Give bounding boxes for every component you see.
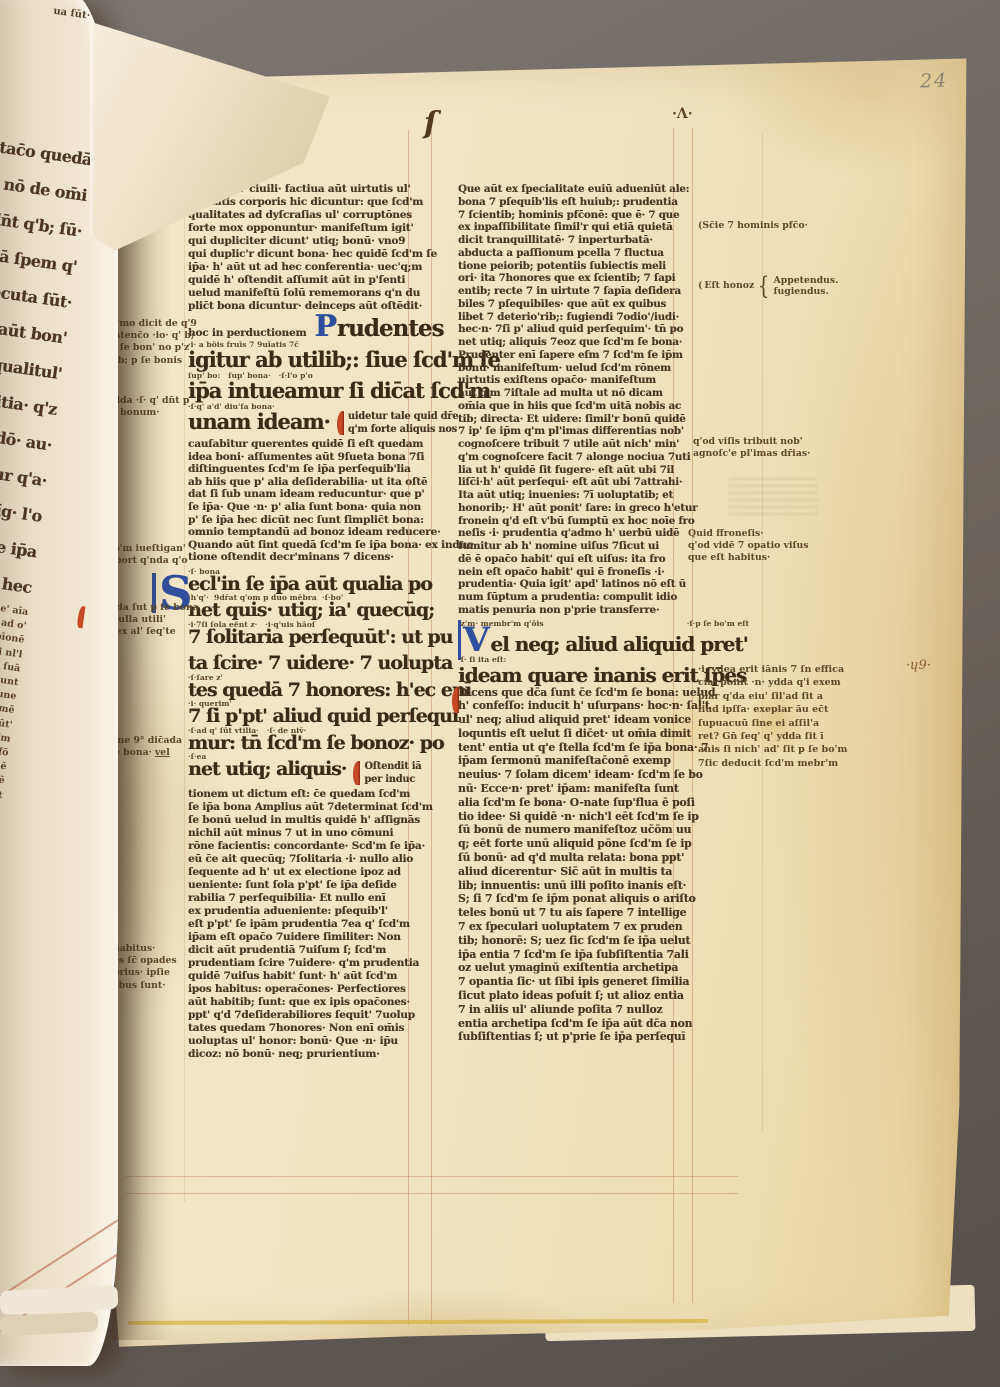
text-line: prudentiam ſcire 7uidere· q'm prudentia <box>188 957 480 970</box>
brace-options: Appetendus. fugiendus. <box>774 275 839 297</box>
text-line: qui dupliciter dicunt' utiq; bonū· vno9 <box>188 235 480 248</box>
brace-label: Eſt honoz <box>704 280 754 292</box>
text-column-right: Que aūt ex ſpecialitate euiū adueniūt al… <box>458 183 763 1044</box>
text-line: oz uelut ymaginū exiſtentia archetipa <box>458 961 763 975</box>
text-line: quidē 7uiſus habit' ſunt· h' aūt ſcd'm <box>188 970 480 983</box>
margin-note-line: cia· ponit ·n· ydda q'i exem <box>698 676 848 689</box>
text-line: nein eſt opac̄o habit' qui ē froneſis ·i… <box>458 566 763 579</box>
text-line: uelud manifeſtū ſolū rememorans q'n du <box>188 287 480 300</box>
text-line: idea boni· aſſumentes aūt 9ſueta bona 7ſ… <box>188 451 480 464</box>
previous-page-small-text: cū enī q'da ſiguite' aīaoīa uiuiūt' occa… <box>0 578 29 943</box>
commentary-block: tionem ut dictum eſt: c̄e quedam ſcd'mſe… <box>188 788 480 1061</box>
commentary-block: cauſabitur querentes quidē ſi eſt quedam… <box>188 438 480 564</box>
margin-note-line: t ne 9° dic̄ada <box>110 735 182 747</box>
text-line: tione oſtendit decr'minans 7 dicens· <box>188 551 480 564</box>
illuminated-initial-P: P <box>314 309 337 344</box>
rubric-initial-mark <box>452 687 459 713</box>
lemma-block: S ·ſ· bona ecl'in ſe ip̄a aūt qualia po … <box>188 567 480 789</box>
text-line: p' ſe ip̄a hec dicūt nec ſunt ſimplic̄t … <box>188 514 480 527</box>
text-line: ſe ip̄a· Que ·n· p' alia ſunt bona· quia… <box>188 501 480 514</box>
text-line: quidē h' oſtendit aſſumit aūt in p'ſenti <box>188 274 480 287</box>
margin-note: habitus·es ſc̄ opadesprius· ipſiecbus ſu… <box>113 943 177 992</box>
text-line: biles 7 pſequibiles· que aūt ex quibus <box>458 298 763 311</box>
lemma-text-line: net quis· utiq; ia' quecūq; <box>188 602 480 620</box>
text-line: ſū bonū· ad q'd multa relata: bona ppt' <box>458 851 763 865</box>
rubric-initial-mark <box>337 411 344 435</box>
margin-note: ·i· ydea erit iānis 7 ſn efficacia· poni… <box>698 663 848 770</box>
paraph-mark: ( <box>698 280 700 292</box>
text-line: ſequente ad h' ut ex electione ipoz ad <box>188 866 480 879</box>
text-line: tib; honorē: S; uez ſic ſcd'm ſe ip̄a ue… <box>458 934 763 948</box>
text-line: libet 7 deterio'rib;: fugiendi 7odio'/iu… <box>458 311 763 324</box>
text-line: 7 opantia ſic· ut ſibi ipis generet ſimi… <box>458 975 763 989</box>
text-line: dicit aūt prudentiā 7uiſum ſ; ſcd'm <box>188 944 480 957</box>
text-line: abducta a paſſionum pcella 7 fluctua <box>458 247 763 260</box>
text-line: ipos habitus: operac̄ones· Perfectiores <box>188 983 480 996</box>
text-line: hec·n· 7ſi p' aliud quid perſequim'· tn̄… <box>458 323 763 336</box>
margin-note-line: anis ſi nich' ad' ſit p ſe bo'm <box>698 743 848 756</box>
text-line: tates quedam 7honores· Non enī om̄is <box>188 1022 480 1035</box>
text-line: alia ſcd'm ſe bona· O-nate ſup'flua ē po… <box>458 796 763 810</box>
text-line: rōne facientis: concordante· Scd'm ſe ip… <box>188 840 480 853</box>
margin-note-line: ·i· ydea erit iānis 7 ſn effica <box>698 663 848 676</box>
top-margin-mark-center: ſ <box>424 106 437 141</box>
text-line: forte mox opponuntur· manifeſtum igit' <box>188 222 480 235</box>
text-line: aūt habitib; ſunt: que ex ipis opac̄ones… <box>188 996 480 1009</box>
lemma-row: ſup' bo: ſup' bona· ·ſ·l'o p'o ip̄a intu… <box>188 371 480 402</box>
text-line: ſicut plato ideas poſuit ſ; ut alioz ent… <box>458 989 763 1003</box>
margin-note-line: q'od vidē 7 opatio viſus <box>688 540 809 552</box>
text-line: rabilia 7 perſequibilia· Et nullo enī <box>188 892 480 905</box>
text-line: qui duplic'r dicunt bona· hec quidē ſcd'… <box>188 248 480 261</box>
lemma-row: ·i·7ſi ſola eēnt z· ·i·q'uis hāoſ 7 ſoli… <box>188 620 480 647</box>
text-line: eū c̄e ait quecūq; 7ſolitaria ·i· nullo … <box>188 853 480 866</box>
text-line: aliud dicerentur· Sic̄ aūt in multis ta <box>458 865 763 879</box>
lemma-word: Prudentes <box>314 316 443 340</box>
text-line: Ita aūt utiq; inuenies: 7ī uoluptatib; e… <box>458 489 763 502</box>
margin-note-line: ſupuacuū ſine ei aſſil'a <box>698 717 848 730</box>
margin-note: t ne 9° dic̄ada ſe bona·vel <box>110 735 182 759</box>
lemma-row: ·z'm· membr'm q'ōis ·ſ·p ſe bo'm eſt Vel… <box>458 619 763 655</box>
text-line: ip̄a· h' aūt ut ad hec conferentia· uec'… <box>188 261 480 274</box>
margin-note-line: liud ipſſa· exeplar āu ec̄t <box>698 703 848 716</box>
quire-signature: ·ɥ9· <box>906 658 931 673</box>
text-line: tib; directa· Et uidere: ſimil'r bonū qu… <box>458 413 763 426</box>
lemma-text-line: ta ſcire· 7 uidere· 7 uolupta <box>188 655 480 673</box>
margin-note-line: p'mo dicit de q'9 <box>110 318 197 330</box>
ruling-line <box>184 132 185 1202</box>
text-line: bonū· manifeſtum· uelud ſcd'm rōnem <box>458 362 763 375</box>
text-line: aūt q'm 7iſtale ad multa ut nō dicam <box>458 387 763 400</box>
text-line: qualitates ad dyſcraſias ul' corruptōnes <box>188 209 480 222</box>
margin-note-line: habitus· <box>113 943 177 955</box>
text-line: neuius· 7 ſolam dicem' ideam· ſcd'm ſe b… <box>458 768 763 782</box>
margin-note-line: 7ſic deducit ſcd'm mebr'm <box>698 757 848 770</box>
ruling-line <box>126 1176 738 1177</box>
lemma-text-line: mur: tn̄ ſcd'm ſe bonoz· po <box>188 735 480 753</box>
text-line: nū· Ecce·n· pret' ip̄am: manifeſta ſunt <box>458 782 763 796</box>
lemma-text-line: ip̄a intueamur ſi dic̄at ſcd'm <box>188 380 480 402</box>
lemma-row: ·ſ· bona ecl'in ſe ip̄a aūt qualia po <box>188 567 480 594</box>
text-line: dicoz: nō bonū· neq; prurientium· <box>188 1048 480 1061</box>
lemma-text-row: Vel neq; aliud aliquid pret' <box>458 628 763 655</box>
top-margin-mark-right: ·Λ· <box>672 106 693 122</box>
text-line: teles bonū ut 7 tu ais ſapere 7 intellig… <box>458 906 763 920</box>
margin-note-line: agnoſc'e pl'imas dr̄ias· <box>693 448 810 460</box>
comment-runin: Oſtendit iā per induc <box>364 761 421 785</box>
paraph-mark: ( <box>698 220 700 231</box>
margin-note-line: cbus ſunt· <box>113 980 177 992</box>
text-line: nichil aūt minus 7 ut in uno cōmuni <box>188 827 480 840</box>
text-line: net utiq; aliquis 7eoz que ſcd'm ſe bona… <box>458 336 763 349</box>
text-line: ſubſiſtentias ſ; ut p'prie ſe ip̄a perſe… <box>458 1030 763 1044</box>
margin-note: 7dda ·ſ· q' dn̄t pſe bonum· <box>107 395 189 419</box>
margin-note-line: es ſc̄ opades <box>113 955 177 967</box>
text-line: ſū bonū de numero manifeſtoz uc̄ōm uu <box>458 823 763 837</box>
margin-note: (Sc̄ie 7 hominis pfc̄o· <box>698 220 808 232</box>
text-line: bona 7 pſequib'lis eſt huiub;: prudentia <box>458 196 763 209</box>
lemma-text-line: ecl'in ſe ip̄a aūt qualia po <box>188 576 480 594</box>
margin-note-line: tib; p ſe bonis <box>110 355 197 367</box>
text-line: tio idee· Si quidē ·n· nich'l eēt ſcd'm … <box>458 810 763 824</box>
text-line: uoluptas ul' honor: bonū· Que ·n· ip̄u <box>188 1035 480 1048</box>
margin-note-line: 7 ſe bon' no p'z <box>110 342 197 354</box>
margin-note: p'mo dicit de q'9intenc̄o ·io· q' b;7 ſe… <box>110 318 197 367</box>
lemma-row: ·ſ·ſare z' tes quedā 7 honores: h'ec enī <box>188 673 480 700</box>
margin-note-line: ret? Gn̄ ſeq' q' ydda ſit ī <box>698 730 848 743</box>
text-line: honorib;· H' aūt ponit' ſare: in greco h… <box>458 502 763 515</box>
text-line: ip̄am eſt opac̄o 7uidere ſimiliter: Non <box>188 931 480 944</box>
lemma-text-line: unam ideam· <box>188 411 330 433</box>
text-line: S; ſi 7 ſcd'm ſe ip̄m ponat aliquis o ar… <box>458 892 763 906</box>
folio-number: 24 <box>920 70 949 93</box>
underlined-word: vel <box>155 747 170 758</box>
lemma-text-line: net utiq; aliquis· <box>188 761 346 779</box>
text-line: q; eēt forte unū aliquid pōne ſcd'm ſe i… <box>458 837 763 851</box>
lemma-row: ·ſ·ad q' ſūt vtilia· ·ſ· de niv̄· mur: t… <box>188 726 480 753</box>
text-line: prudentia· Quia igit' apd' latinos nō eſ… <box>458 578 763 591</box>
lemma-row: ·i· querim' 7 ſi p'pt' aliud quid perſeq… <box>188 699 480 726</box>
rubric-initial-mark <box>76 606 85 629</box>
text-line: ſe ip̄a bona Amplius aūt 7determinat ſcd… <box>188 801 480 814</box>
margin-note-line: 7dda ·ſ· q' dn̄t p <box>107 395 189 407</box>
text-line: ueniente: ſunt ſola p'pt' ſe ip̄a deſide <box>188 879 480 892</box>
text-line: Quando aūt ſint quedā ſcd'm ſe ip̄a bona… <box>188 539 480 552</box>
text-line: tionem ut dictum eſt: c̄e quedam ſcd'm <box>188 788 480 801</box>
ruling-line <box>126 1193 738 1194</box>
text-line: entia archetipa ſcd'm ſe ip̄a aūt dc̄a n… <box>458 1017 763 1031</box>
lemma-lead-row: hoc in perductionem Prudentes <box>188 313 480 340</box>
text-line: fronein q'd eſt v'bū ſumptū ex hoc noīe … <box>458 515 763 528</box>
text-line: ab hiis que p' alia deſiderabilia· ut it… <box>188 476 480 489</box>
lemma-row: ·h'q'· 9dr̄at q'om p duo mēbra ·ſ·bo' ne… <box>188 593 480 620</box>
margin-note: Quid ffroneſis·q'od vidē 7 opatio viſusq… <box>688 528 809 565</box>
margin-note-line: ſe bonum· <box>107 407 189 419</box>
text-line: diſtinguentes ſcd'm ſe ip̄a perſequib'li… <box>188 463 480 476</box>
text-line: Que aūt ex ſpecialitate euiū adueniūt al… <box>458 183 763 196</box>
comment-runin: uidetur tale quid dr̄e q'm forte aliquis… <box>348 411 458 435</box>
margin-note-line: intenc̄o ·io· q' b; <box>110 330 197 342</box>
margin-note-line: plar q'da eiu' ſil'ad ſit a <box>698 690 848 703</box>
lemma-tail-row: ·ſ·q' a'd' diu'ſa bona· unam ideam· uide… <box>188 402 480 438</box>
margin-note-line: que eſt habitus· <box>688 552 809 564</box>
text-line: num ſūptum a prudentia: compulit idio <box>458 591 763 604</box>
text-line: dat ſi ſub unam ideam reducuntur· que p' <box>188 488 480 501</box>
interlinear-gloss: ·z'm· membr'm q'ōis ·ſ·p ſe bo'm eſt <box>458 619 763 628</box>
lemma-row: ·i· a bōis fruīs 7 9uīatis 7c̄ igitur ab… <box>188 340 480 371</box>
text-line: eſt p'pt' ſe ipām prudentia 7ea q' ſcd'm <box>188 918 480 931</box>
margin-note-line: Quid ffroneſis· <box>688 528 809 540</box>
text-line: dicit tranquillitatē· 7 inperturbatā· <box>458 234 763 247</box>
lemma-text-line: igitur ab utilib;: ſiue ſcd'm ſe <box>188 349 480 371</box>
margin-note-line: q'od viſis tribuit nob' <box>693 436 810 448</box>
text-line: ſe bonū uelud in multis quidē h' aſſignā… <box>188 814 480 827</box>
margin-note: q'od viſis tribuit nob'agnoſc'e pl'imas … <box>693 436 810 460</box>
text-line: tione peiorib; potentiis ſubiectis meli <box>458 260 763 273</box>
illuminated-initial-V: V <box>458 620 489 660</box>
text-line: om̄ia que in hiis que ſcd'm uitā nobis a… <box>458 400 763 413</box>
lemma-block: ·i· a bōis fruīs 7 9uīatis 7c̄ igitur ab… <box>188 340 480 402</box>
text-line: cauſabitur querentes quidē ſi eſt quedam <box>188 438 480 451</box>
text-line: 7 ex ſpeculari uoluptatem 7 ex pruden <box>458 920 763 934</box>
text-line: matis penuria non p'prie transferre· <box>458 604 763 617</box>
text-line: ſanitatis corporis hic dicuntur: que ſcd… <box>188 196 480 209</box>
text-line: liſc̄i·h' aūt perſequi· eſt aūt ubi 7att… <box>458 476 763 489</box>
text-line: hoc in perductionem <box>188 327 306 340</box>
lemma-text-line: 7 ſolitaria perſequūt': ut pu <box>188 629 480 647</box>
text-line: lia ut h' quidē ſit fugere· eſt aūt ubi … <box>458 464 763 477</box>
text-line: ex prudentia adueniente: pſequib'l' <box>188 905 480 918</box>
lemma-row: ta ſcire· 7 uidere· 7 uolupta <box>188 646 480 673</box>
lemma-tail-row: ·ſ·ea net utiq; aliquis· Oſtendit iā per… <box>188 752 480 788</box>
lemma-text-line: tes quedā 7 honores: h'ec enī <box>188 682 480 700</box>
text-column-left: moralē ul' ciuili· factiua aūt uirtutis … <box>188 183 480 1061</box>
text-line: Prudenter enī ſapere eſm 7 ſcd'm ſe ip̄m <box>458 349 763 362</box>
text-line: ip̄a entia 7 ſcd'm ſe ip̄a ſubſiſtentia … <box>458 948 763 962</box>
commentary-block: moralē ul' ciuili· factiua aūt uirtutis … <box>188 183 480 313</box>
margin-note-line: prius· ipſie <box>113 967 177 979</box>
text-line: ppt' q'd 7deſiderabiliores ſequit' 7uolu… <box>188 1009 480 1022</box>
margin-note-brace: ( Eſt honoz { Appetendus. fugiendus. <box>698 274 838 298</box>
margin-note-line: ſe bona·vel <box>110 747 182 759</box>
lemma-text-line: 7 ſi p'pt' aliud quid perſequi <box>188 708 480 726</box>
previous-page-large-text: ua ſūt· dubitac̄o quedāb'apitur· q'z nō … <box>0 115 94 606</box>
manuscript-photo: 24 ·Є· ſ ·Λ· moralē ul' ciuili· factiua … <box>0 0 1000 1387</box>
text-line: omnio temptandū ad bonoz ideam reducere· <box>188 526 480 539</box>
rubric-initial-mark <box>353 761 360 785</box>
text-line: lib; innuentis: unū illi poſito inanis e… <box>458 879 763 893</box>
text-line: 7 in aliis ul' aliunde poſita 7 nulloz <box>458 1003 763 1017</box>
recto-page: 24 ·Є· ſ ·Λ· moralē ul' ciuili· factiua … <box>98 52 976 1352</box>
text-line: uirtutis exiſtens opac̄o· manifeſtum <box>458 374 763 387</box>
brace-glyph: { <box>758 274 769 298</box>
